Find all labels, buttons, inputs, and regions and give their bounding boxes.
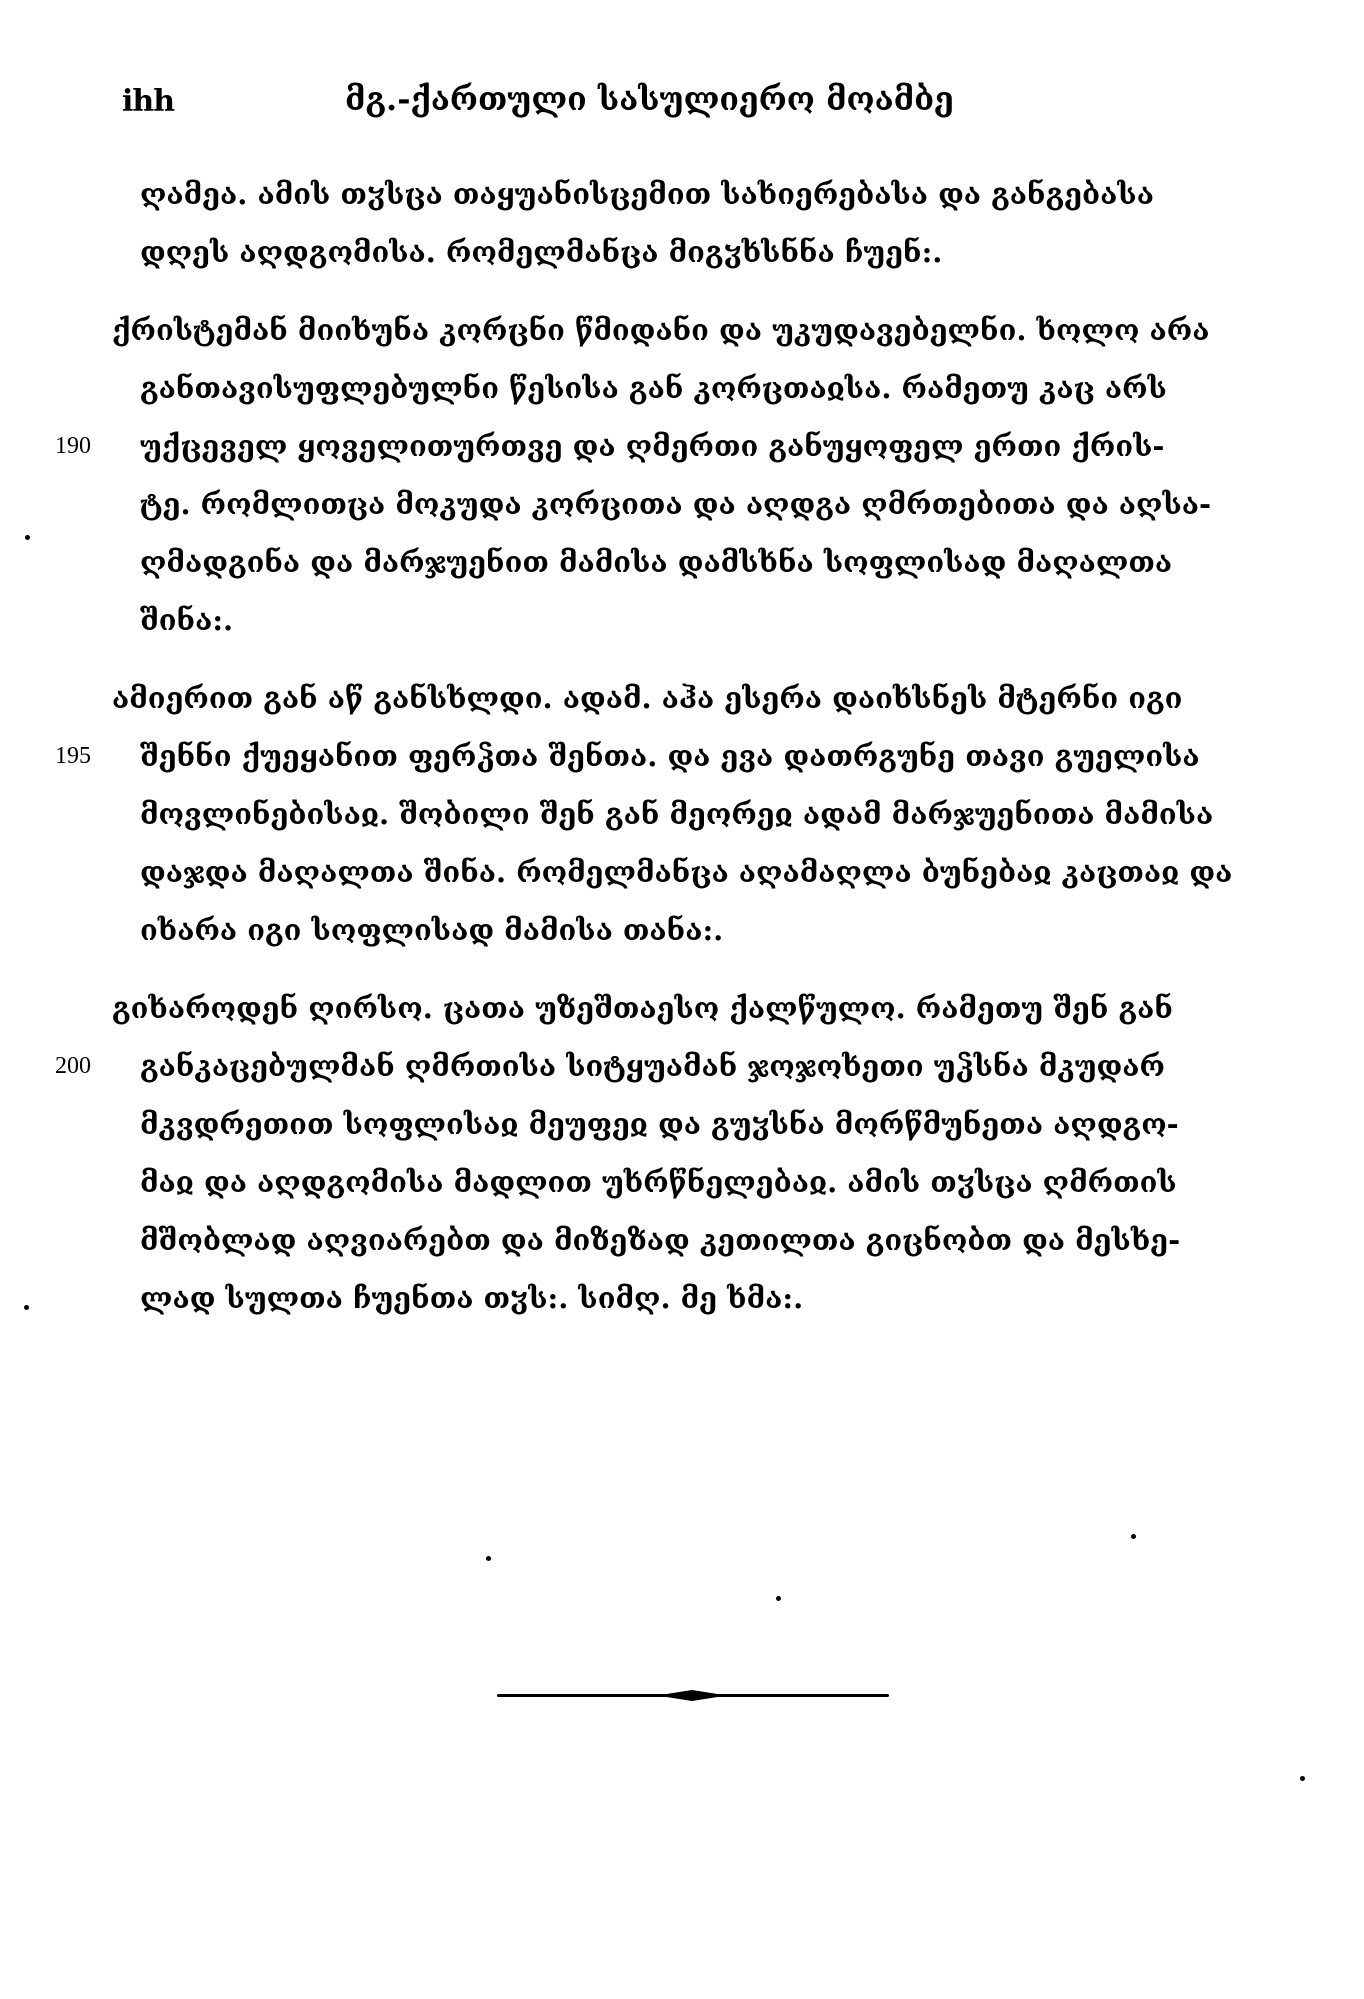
text-line: გიხაროდენ ღირსო. ცათა უზეშთაესო ქალწულო.… [0, 979, 1364, 1037]
page-number: ihh [122, 84, 174, 119]
line-text: ქრისტემან მიიხუნა კორცნი წმიდანი და უკუდ… [112, 301, 1255, 359]
line-text: განკაცებულმან ღმრთისა სიტყუამან ჯოჯოხეთი… [140, 1037, 1255, 1095]
scan-speck [24, 1305, 29, 1310]
text-line: ღამეა. ამის თჳსცა თაყუანისცემით სახიერებ… [0, 165, 1364, 223]
text-line: მკვდრეთით სოფლისაჲ მეუფეჲ და გუჳსნა მორწ… [0, 1095, 1364, 1153]
text-line: ქრისტემან მიიხუნა კორცნი წმიდანი და უკუდ… [0, 301, 1364, 359]
text-line: ამიერით გან აწ განსხლდი. ადამ. აჰა ესერა… [0, 669, 1364, 727]
line-text: განთავისუფლებულნი წესისა გან კორცთაჲსა. … [140, 359, 1255, 417]
running-title: მგ.-ქართული სასულიერო მოამბე [345, 80, 954, 118]
text-line: განთავისუფლებულნი წესისა გან კორცთაჲსა. … [0, 359, 1364, 417]
scan-speck [1131, 1534, 1136, 1539]
line-text: გიხაროდენ ღირსო. ცათა უზეშთაესო ქალწულო.… [112, 979, 1255, 1037]
line-text: შინა:. [140, 591, 1255, 649]
text-line: მაჲ და აღდგომისა მადლით უხრწნელებაჲ. ამი… [0, 1153, 1364, 1211]
scan-speck [1300, 1776, 1305, 1781]
text-line: ლად სულთა ჩუენთა თჳს:. სიმღ. მე ხმა:. [0, 1269, 1364, 1327]
text-line: 195შენნი ქუეყანით ფერჴთა შენთა. და ევა დ… [0, 727, 1364, 785]
line-text: შენნი ქუეყანით ფერჴთა შენთა. და ევა დათრ… [140, 727, 1255, 785]
rule-diamond-ornament [657, 1690, 727, 1701]
text-line: ტე. რომლითცა მოკუდა კორცითა და აღდგა ღმრ… [0, 475, 1364, 533]
scan-speck [776, 1596, 781, 1601]
line-text: ტე. რომლითცა მოკუდა კორცითა და აღდგა ღმრ… [140, 475, 1255, 533]
line-text: იხარა იგი სოფლისად მამისა თანა:. [140, 901, 1255, 959]
text-line: შინა:. [0, 591, 1364, 649]
line-text: ამიერით გან აწ განსხლდი. ადამ. აჰა ესერა… [112, 669, 1255, 727]
line-number: 190 [55, 417, 91, 475]
line-text: მაჲ და აღდგომისა მადლით უხრწნელებაჲ. ამი… [140, 1153, 1255, 1211]
scanned-page: ihh მგ.-ქართული სასულიერო მოამბე ღამეა. … [0, 0, 1364, 1999]
paragraph: ამიერით გან აწ განსხლდი. ადამ. აჰა ესერა… [0, 669, 1364, 959]
text-line: ღმადგინა და მარჯუენით მამისა დამსხნა სოფ… [0, 533, 1364, 591]
paragraph: ქრისტემან მიიხუნა კორცნი წმიდანი და უკუდ… [0, 301, 1364, 649]
line-text: მშობლად აღვიარებთ და მიზეზად კეთილთა გიც… [140, 1211, 1255, 1269]
line-text: დღეს აღდგომისა. რომელმანცა მიგჳხსნნა ჩუე… [140, 223, 1255, 281]
page-header: ihh მგ.-ქართული სასულიერო მოამბე [0, 80, 1364, 130]
line-text: მოვლინებისაჲ. შობილი შენ გან მეორეჲ ადამ… [140, 785, 1255, 843]
text-line: იხარა იგი სოფლისად მამისა თანა:. [0, 901, 1364, 959]
line-number: 195 [55, 727, 91, 785]
paragraph: ღამეა. ამის თჳსცა თაყუანისცემით სახიერებ… [0, 165, 1364, 281]
text-line: მოვლინებისაჲ. შობილი შენ გან მეორეჲ ადამ… [0, 785, 1364, 843]
text-line: 200განკაცებულმან ღმრთისა სიტყუამან ჯოჯოხ… [0, 1037, 1364, 1095]
text-body: ღამეა. ამის თჳსცა თაყუანისცემით სახიერებ… [0, 165, 1364, 1347]
line-text: ლად სულთა ჩუენთა თჳს:. სიმღ. მე ხმა:. [140, 1269, 1255, 1327]
line-text: ღამეა. ამის თჳსცა თაყუანისცემით სახიერებ… [140, 165, 1255, 223]
text-line: მშობლად აღვიარებთ და მიზეზად კეთილთა გიც… [0, 1211, 1364, 1269]
scan-speck [486, 1556, 491, 1561]
line-text: უქცეველ ყოველითურთვე და ღმერთი განუყოფელ… [140, 417, 1255, 475]
paragraph: გიხაროდენ ღირსო. ცათა უზეშთაესო ქალწულო.… [0, 979, 1364, 1327]
line-text: მკვდრეთით სოფლისაჲ მეუფეჲ და გუჳსნა მორწ… [140, 1095, 1255, 1153]
ornamental-rule [497, 1690, 889, 1700]
text-line: 190უქცეველ ყოველითურთვე და ღმერთი განუყო… [0, 417, 1364, 475]
line-number: 200 [55, 1037, 91, 1095]
scan-speck [25, 535, 30, 540]
line-text: დაჯდა მაღალთა შინა. რომელმანცა აღამაღლა … [140, 843, 1255, 901]
text-line: დაჯდა მაღალთა შინა. რომელმანცა აღამაღლა … [0, 843, 1364, 901]
text-line: დღეს აღდგომისა. რომელმანცა მიგჳხსნნა ჩუე… [0, 223, 1364, 281]
line-text: ღმადგინა და მარჯუენით მამისა დამსხნა სოფ… [140, 533, 1255, 591]
